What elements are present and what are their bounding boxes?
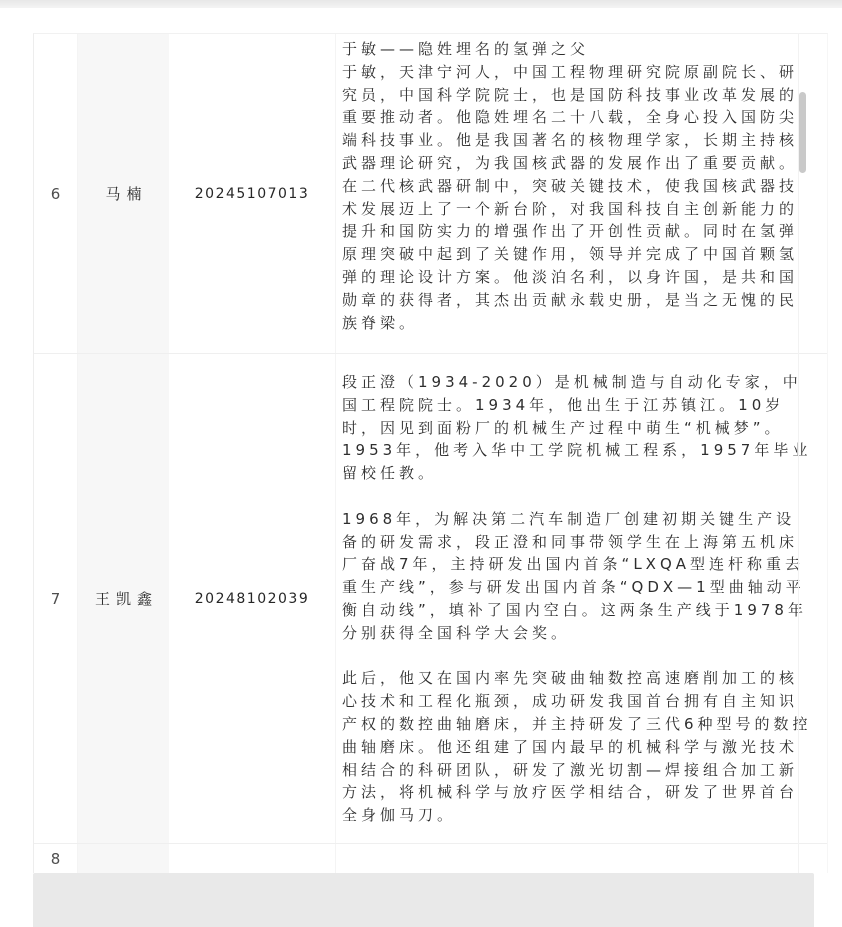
student-id-cell <box>169 844 336 873</box>
table-row: 7 王凯鑫 20248102039 段正澄（1934-2020）是机械制造与自动… <box>34 354 827 844</box>
essay-content-cell <box>336 844 827 873</box>
table-row: 6 马楠 20245107013 于敏——隐姓埋名的氢弹之父 于敏，天津宁河人，… <box>34 34 827 354</box>
essay-content-cell: 于敏——隐姓埋名的氢弹之父 于敏，天津宁河人，中国工程物理研究院原副院长、研究员… <box>336 34 827 353</box>
essay-paragraph: 于敏，天津宁河人，中国工程物理研究院原副院长、研究员，中国科学院院士，也是国防科… <box>342 61 813 335</box>
row-number-cell: 8 <box>34 844 78 873</box>
scrollbar-thumb[interactable] <box>799 92 806 173</box>
student-essay-table: 6 马楠 20245107013 于敏——隐姓埋名的氢弹之父 于敏，天津宁河人，… <box>33 33 828 873</box>
essay-content-cell: 段正澄（1934-2020）是机械制造与自动化专家，中国工程院院士。1934年，… <box>336 354 827 843</box>
essay-paragraph: 此后，他又在国内率先突破曲轴数控高速磨削加工的核心技术和工程化瓶颈，成功研发我国… <box>342 667 813 827</box>
top-edge-divider <box>0 0 842 8</box>
name-cell: 王凯鑫 <box>78 354 169 843</box>
name-cell <box>78 844 169 873</box>
table-row: 8 <box>34 844 827 873</box>
essay-paragraph: 段正澄（1934-2020）是机械制造与自动化专家，中国工程院院士。1934年，… <box>342 371 813 485</box>
row-number-cell: 6 <box>34 34 78 353</box>
student-id-cell: 20245107013 <box>169 34 336 353</box>
student-id-cell: 20248102039 <box>169 354 336 843</box>
essay-title: 于敏——隐姓埋名的氢弹之父 <box>342 38 813 61</box>
row-number-cell: 7 <box>34 354 78 843</box>
name-cell: 马楠 <box>78 34 169 353</box>
page-end-gray-block <box>33 873 814 927</box>
page: { "table": { "rows": [ { "row_number": "… <box>0 0 842 927</box>
essay-paragraph: 1968年，为解决第二汽车制造厂创建初期关键生产设备的研发需求，段正澄和同事带领… <box>342 508 813 645</box>
